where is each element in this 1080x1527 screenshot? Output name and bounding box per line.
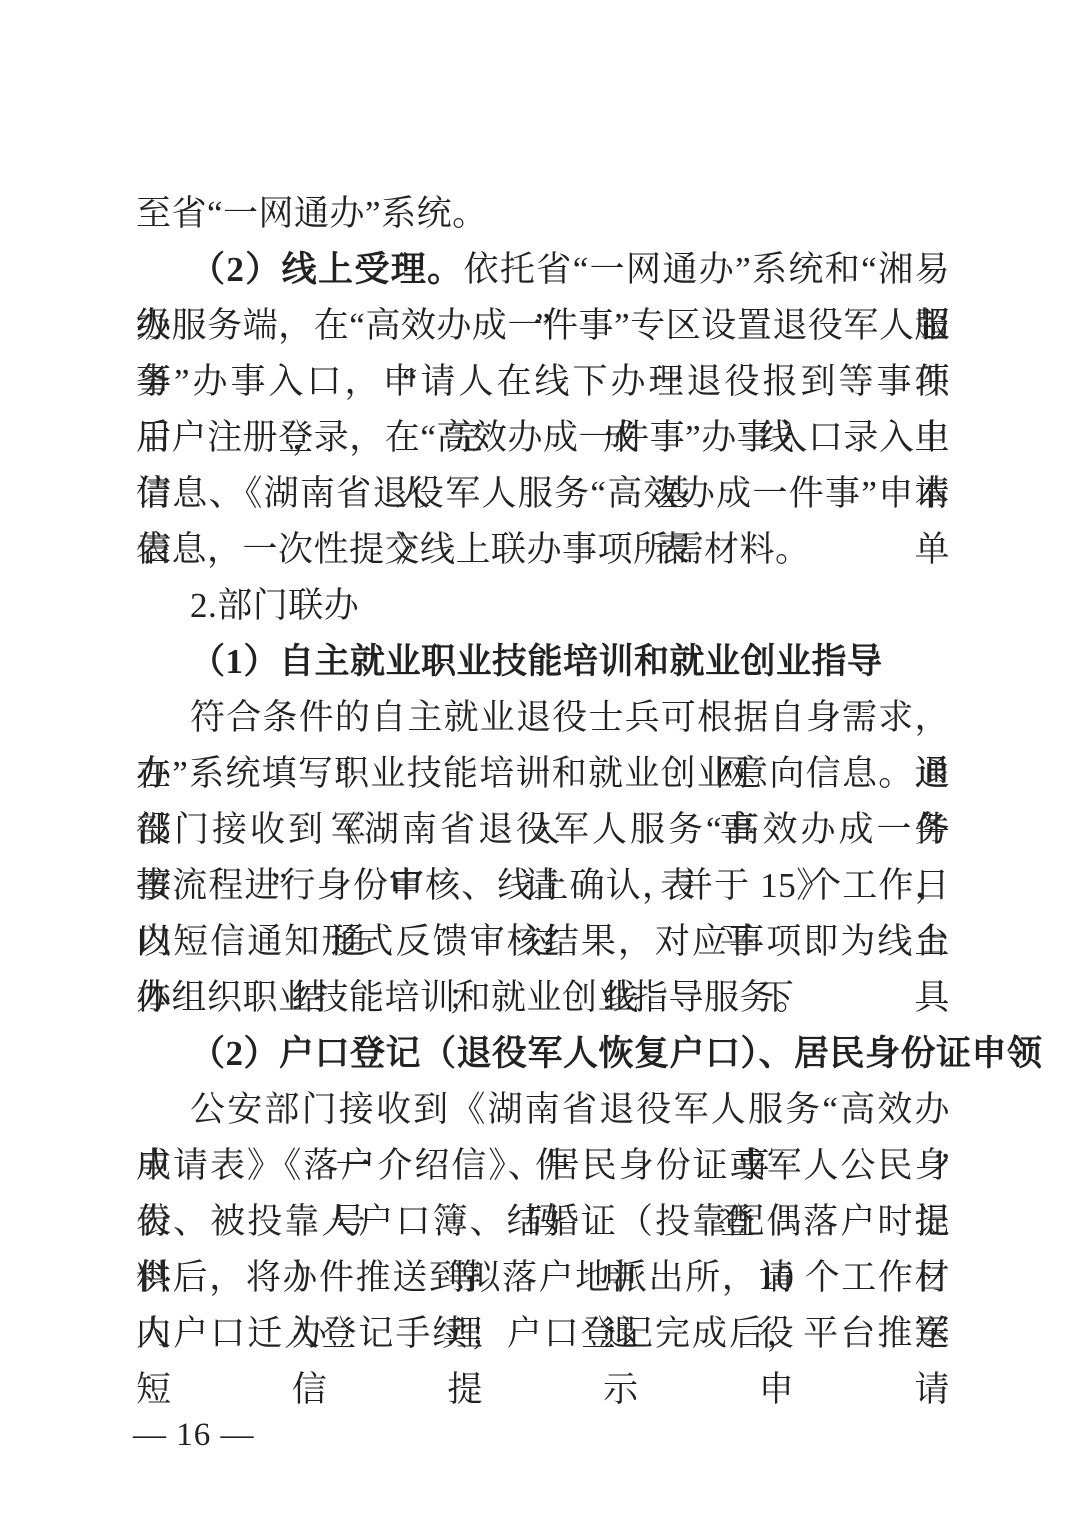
text-line: 表、被投靠人户口簿、结婚证（投靠配偶落户时提供）等申请材 xyxy=(136,1194,950,1250)
text-line: （2）线上受理。依托省“一网通办”系统和“湘易办”超 xyxy=(136,242,950,298)
document-page: 至省“一网通办”系统。 （2）线上受理。依托省“一网通办”系统和“湘易办”超 级… xyxy=(0,0,1080,1527)
text-line: 级服务端，在“高效办成一件事”专区设置退役军人服务“一件 xyxy=(136,298,950,354)
text-line: 申请表》《落户介绍信》、居民身份证或军人公民身份号码登记 xyxy=(136,1138,950,1194)
text-line: 公安部门接收到《湖南省退役军人服务“高效办成一件事” xyxy=(136,1082,950,1138)
section-heading-bold: （2）户口登记（退役军人恢复户口）、居民身份证申领 xyxy=(136,1026,950,1082)
page-number: — 16 — xyxy=(133,1410,255,1460)
text-line: 按流程进行身份审核、线上确认，并于 15 个工作日内通过平台 xyxy=(136,858,950,914)
line-text: 2.部门联办 xyxy=(190,586,359,625)
line-text: 体组织职业技能培训和就业创业指导服务。 xyxy=(136,978,811,1017)
text-line: 料后，将办件推送到拟落户地派出所，10 个工作日内办理退役军 xyxy=(136,1250,950,1306)
line-text: 人户口迁入登记手续；户口登记完成后，平台推送短信提示申请 xyxy=(136,1314,950,1409)
section-heading-bold: （1）自主就业职业技能培训和就业创业指导 xyxy=(136,634,950,690)
text-line: 部门接收到《湖南省退役军人服务“高效办成一件事”申请表》， xyxy=(136,802,950,858)
text-line: 用户注册登录，在“高效办成一件事”办事入口录入申请人基本 xyxy=(136,410,950,466)
document-body: 至省“一网通办”系统。 （2）线上受理。依托省“一网通办”系统和“湘易办”超 级… xyxy=(136,186,950,1362)
text-line: 至省“一网通办”系统。 xyxy=(136,186,950,242)
text-line: 符合条件的自主就业退役士兵可根据自身需求，在“一网通 xyxy=(136,690,950,746)
text-line: 办”系统填写职业技能培训和就业创业意向信息。退役军人事务 xyxy=(136,746,950,802)
text-line: 事”办事入口，申请人在线下办理退役报到等事项后，完成线上 xyxy=(136,354,950,410)
text-line: 人户口迁入登记手续；户口登记完成后，平台推送短信提示申请 xyxy=(136,1306,950,1362)
section-heading-numbered: 2.部门联办 xyxy=(136,578,950,634)
line-bold-text: （2）线上受理。 xyxy=(190,250,464,289)
line-text: 至省“一网通办”系统。 xyxy=(136,194,488,233)
line-bold-text: （1）自主就业职业技能培训和就业创业指导 xyxy=(190,642,883,681)
line-text: 信息，一次性提交线上联办事项所需材料。 xyxy=(136,530,811,569)
text-line: 以短信通知形式反馈审核结果，对应事项即为线上办结；线下具 xyxy=(136,914,950,970)
line-bold-text: （2）户口登记（退役军人恢复户口）、居民身份证申领 xyxy=(190,1034,1043,1073)
text-line: 信息、《湖南省退役军人服务“高效办成一件事”申请表》表单 xyxy=(136,466,950,522)
